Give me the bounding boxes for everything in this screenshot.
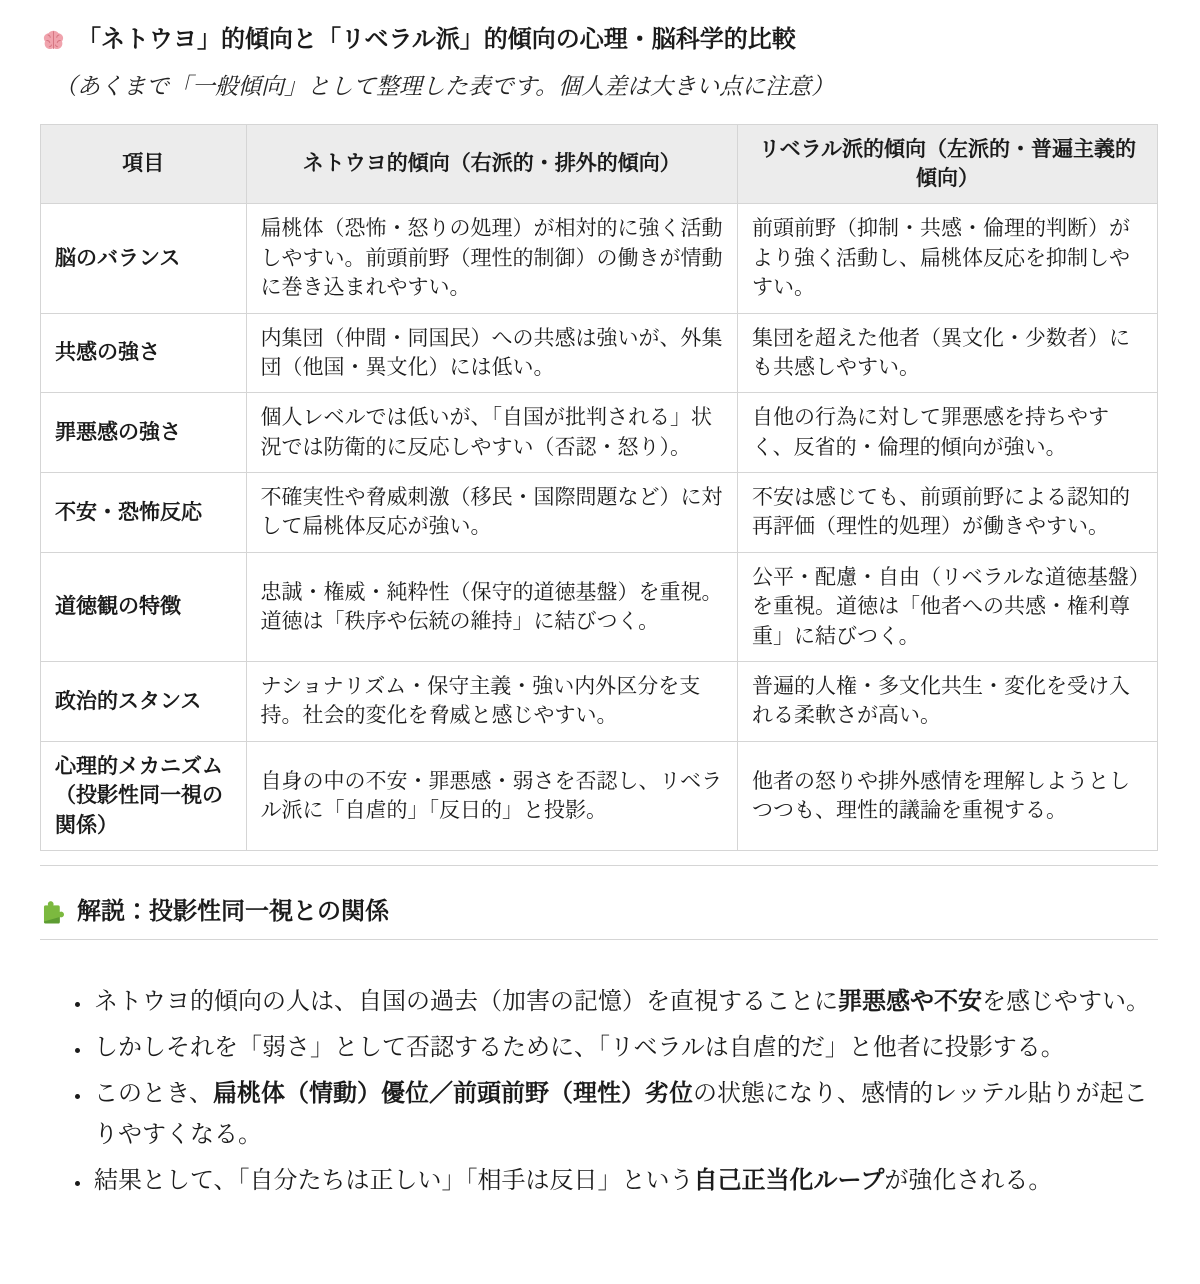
table-row: 道徳観の特徴忠誠・権威・純粋性（保守的道徳基盤）を重視。道徳は「秩序や伝統の維持… [41,552,1158,661]
column-header: リベラル派的傾向（左派的・普遍主義的傾向） [737,124,1157,204]
body-text: しかしそれを「弱さ」として否認するために、「リベラルは自虐的だ」と他者に投影する… [94,1034,1065,1061]
page-title: 「ネトウヨ」的傾向と「リベラル派」的傾向の心理・脳科学的比較 [40,24,1158,56]
row-item-label: 政治的スタンス [41,662,247,742]
table-row: 共感の強さ内集団（仲間・同国民）への共感は強いが、外集団（他国・異文化）には低い… [41,313,1158,393]
liberal-cell: 他者の怒りや排外感情を理解しようとしつつも、理性的議論を重視する。 [737,741,1157,850]
row-item-label: 心理的メカニズム（投影性同一視の関係） [41,741,247,850]
emphasis-text: 扁桃体（情動）優位／前頭前野（理性）劣位 [213,1080,693,1107]
netouyo-cell: 自身の中の不安・罪悪感・弱さを否認し、リベラル派に「自虐的」「反日的」と投影。 [246,741,737,850]
liberal-cell: 自他の行為に対して罪悪感を持ちやすく、反省的・倫理的傾向が強い。 [737,393,1157,473]
explanation-list: ネトウヨ的傾向の人は、自国の過去（加害の記憶）を直視することに罪悪感や不安を感じ… [40,982,1158,1201]
netouyo-cell: 個人レベルでは低いが、「自国が批判される」状況では防衛的に反応しやすい（否認・怒… [246,393,737,473]
emphasis-text: 罪悪感や不安 [838,988,982,1015]
list-item: しかしそれを「弱さ」として否認するために、「リベラルは自虐的だ」と他者に投影する… [92,1028,1158,1069]
body-text: を感じやすい。 [982,988,1150,1015]
row-item-label: 脳のバランス [41,204,247,313]
table-row: 心理的メカニズム（投影性同一視の関係）自身の中の不安・罪悪感・弱さを否認し、リベ… [41,741,1158,850]
comparison-table-body: 脳のバランス扁桃体（恐怖・怒りの処理）が相対的に強く活動しやすい。前頭前野（理性… [41,204,1158,851]
body-text: ネトウヨ的傾向の人は、自国の過去（加害の記憶）を直視することに [94,988,838,1015]
divider [40,865,1158,866]
page-title-text: 「ネトウヨ」的傾向と「リベラル派」的傾向の心理・脳科学的比較 [77,24,796,56]
emphasis-text: 自己正当化ループ [694,1167,885,1194]
document: 「ネトウヨ」的傾向と「リベラル派」的傾向の心理・脳科学的比較 （あくまで「一般傾… [0,0,1200,1201]
liberal-cell: 不安は感じても、前頭前野による認知的再評価（理性的処理）が働きやすい。 [737,473,1157,553]
body-text: が強化される。 [884,1167,1052,1194]
table-row: 脳のバランス扁桃体（恐怖・怒りの処理）が相対的に強く活動しやすい。前頭前野（理性… [41,204,1158,313]
page-subtitle: （あくまで「一般傾向」として整理した表です。個人差は大きい点に注意） [54,70,1158,102]
column-header: ネトウヨ的傾向（右派的・排外的傾向） [246,124,737,204]
liberal-cell: 公平・配慮・自由（リベラルな道徳基盤）を重視。道徳は「他者への共感・権利尊重」に… [737,552,1157,661]
table-header-row: 項目ネトウヨ的傾向（右派的・排外的傾向）リベラル派的傾向（左派的・普遍主義的傾向… [41,124,1158,204]
netouyo-cell: 内集団（仲間・同国民）への共感は強いが、外集団（他国・異文化）には低い。 [246,313,737,393]
netouyo-cell: ナショナリズム・保守主義・強い内外区分を支持。社会的変化を脅威と感じやすい。 [246,662,737,742]
row-item-label: 道徳観の特徴 [41,552,247,661]
table-row: 罪悪感の強さ個人レベルでは低いが、「自国が批判される」状況では防衛的に反応しやす… [41,393,1158,473]
body-text: 結果として、「自分たちは正しい」「相手は反日」という [94,1167,694,1194]
netouyo-cell: 不確実性や脅威刺激（移民・国際問題など）に対して扁桃体反応が強い。 [246,473,737,553]
puzzle-emoji-icon [40,899,67,926]
list-item: 結果として、「自分たちは正しい」「相手は反日」という自己正当化ループが強化される… [92,1161,1158,1202]
row-item-label: 不安・恐怖反応 [41,473,247,553]
liberal-cell: 普遍的人権・多文化共生・変化を受け入れる柔軟さが高い。 [737,662,1157,742]
brain-emoji-icon [40,27,67,54]
table-row: 不安・恐怖反応不確実性や脅威刺激（移民・国際問題など）に対して扁桃体反応が強い。… [41,473,1158,553]
liberal-cell: 集団を超えた他者（異文化・少数者）にも共感しやすい。 [737,313,1157,393]
list-item: このとき、扁桃体（情動）優位／前頭前野（理性）劣位の状態になり、感情的レッテル貼… [92,1074,1158,1156]
section-heading: 解説：投影性同一視との関係 [40,896,1158,940]
liberal-cell: 前頭前野（抑制・共感・倫理的判断）がより強く活動し、扁桃体反応を抑制しやすい。 [737,204,1157,313]
row-item-label: 共感の強さ [41,313,247,393]
body-text: このとき、 [94,1080,213,1107]
netouyo-cell: 忠誠・権威・純粋性（保守的道徳基盤）を重視。道徳は「秩序や伝統の維持」に結びつく… [246,552,737,661]
table-row: 政治的スタンスナショナリズム・保守主義・強い内外区分を支持。社会的変化を脅威と感… [41,662,1158,742]
section-heading-text: 解説：投影性同一視との関係 [77,896,389,928]
comparison-table: 項目ネトウヨ的傾向（右派的・排外的傾向）リベラル派的傾向（左派的・普遍主義的傾向… [40,124,1158,851]
table-head: 項目ネトウヨ的傾向（右派的・排外的傾向）リベラル派的傾向（左派的・普遍主義的傾向… [41,124,1158,204]
netouyo-cell: 扁桃体（恐怖・怒りの処理）が相対的に強く活動しやすい。前頭前野（理性的制御）の働… [246,204,737,313]
row-item-label: 罪悪感の強さ [41,393,247,473]
column-header: 項目 [41,124,247,204]
list-item: ネトウヨ的傾向の人は、自国の過去（加害の記憶）を直視することに罪悪感や不安を感じ… [92,982,1158,1023]
